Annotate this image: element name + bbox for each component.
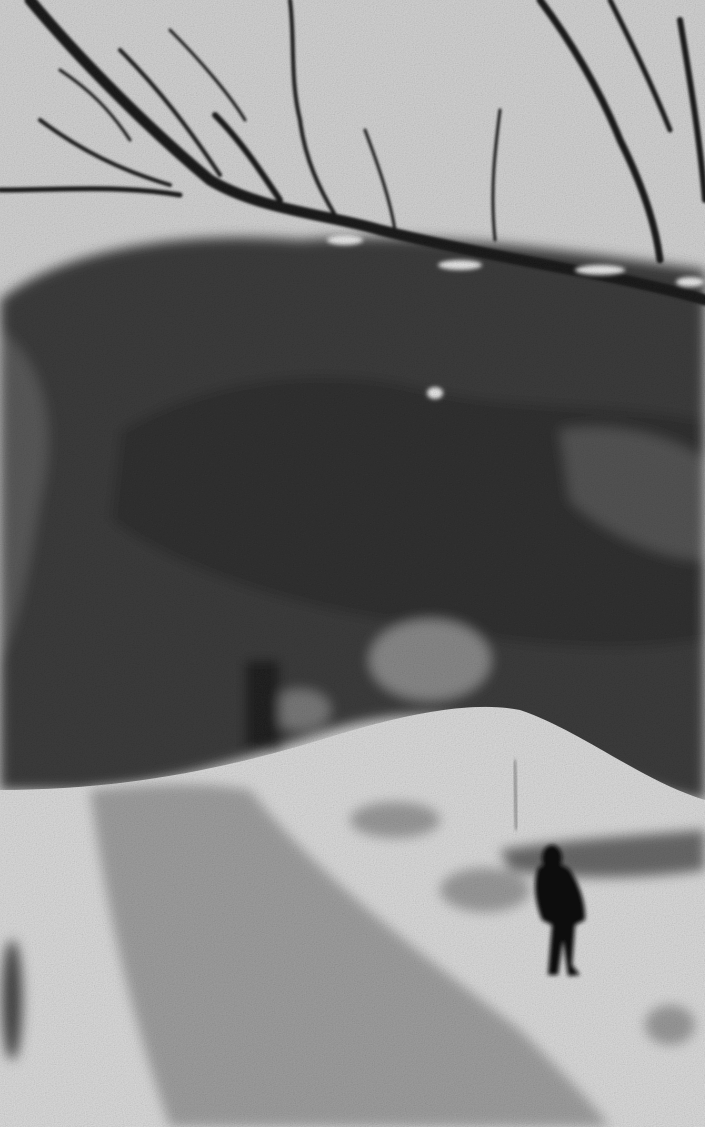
photo-scene [0, 0, 705, 1127]
photograph [0, 0, 705, 1127]
tree-mass [0, 237, 705, 800]
